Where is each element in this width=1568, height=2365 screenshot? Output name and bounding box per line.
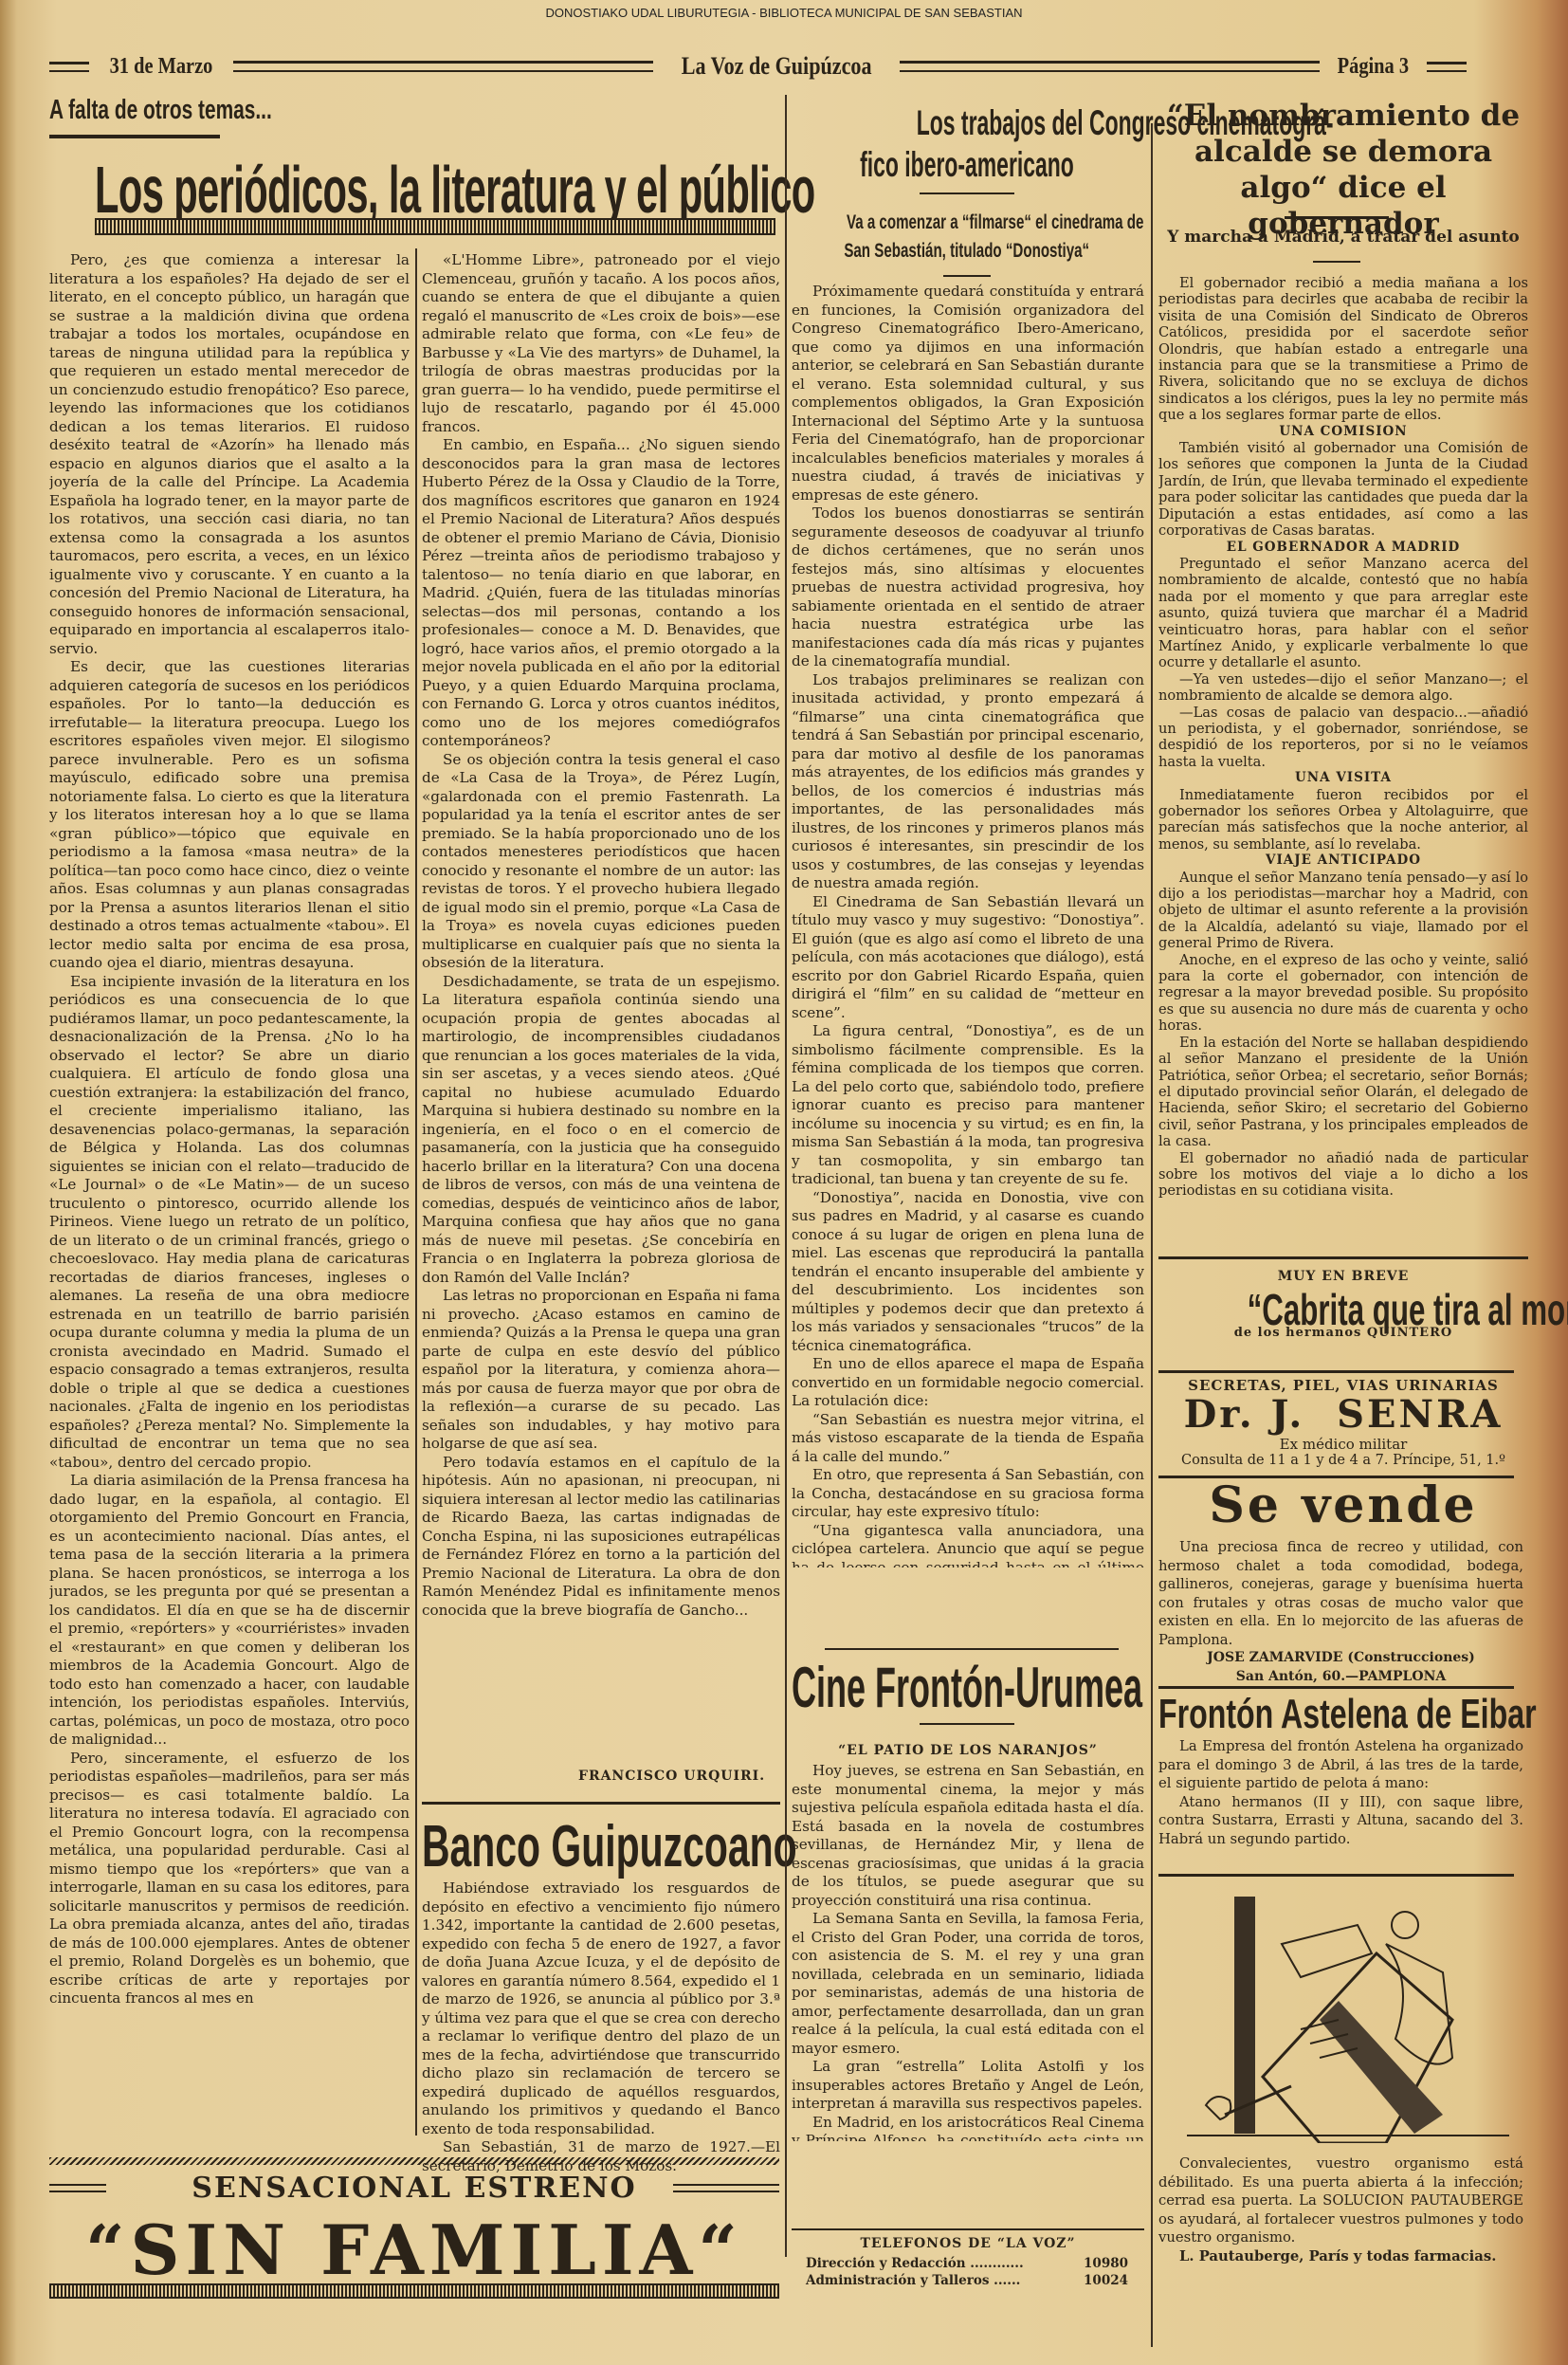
gobernador-body: El gobernador recibió a media mañana a l…: [1158, 275, 1528, 1242]
article-headline: Los periódicos, la literatura y el públi…: [95, 152, 815, 228]
article-kicker: A falta de otros temas...: [49, 95, 272, 126]
cine-fronton-body: Hoy jueves, se estrena en San Sebastián,…: [792, 1762, 1144, 2141]
sin-familia-title-wrap: “SIN FAMILIA“: [49, 2209, 779, 2290]
masthead-date: 31 de Marzo: [110, 54, 213, 80]
banco-notice-title-wrap: Banco Guipuzcoano: [422, 1813, 780, 1870]
section-divider: [792, 2228, 1144, 2230]
paragraph: Esa incipiente invasión de la literatura…: [49, 973, 410, 1473]
article-author: FRANCISCO URQUIRI.: [578, 1769, 765, 1784]
ornamental-rule: [825, 1648, 1119, 1650]
headline-rule: [920, 1723, 1014, 1725]
paragraph: La gran “estrella” Lolita Astolfi y los …: [792, 2058, 1144, 2114]
cine-article-body: Próximamente quedará constituída y entra…: [792, 283, 1144, 1567]
paragraph: Anoche, en el expreso de las ocho y vein…: [1158, 952, 1528, 1035]
paragraph: Convalecientes, vuestro organismo está d…: [1158, 2154, 1523, 2247]
section-heading: UNA COMISION: [1158, 424, 1528, 440]
ad-senra-name: Dr. J. SENRA: [1158, 1394, 1528, 1436]
paragraph: Habiéndose extraviado los resguardos de …: [422, 1879, 780, 2138]
sin-familia-top-wrap: SENSACIONAL ESTRENO: [49, 2172, 779, 2205]
decorative-rule: [673, 2184, 779, 2192]
ad-senra-line2: Consulta de 11 a 1 y de 4 a 7. Príncipe,…: [1158, 1453, 1528, 1468]
headline-rule: [943, 275, 991, 277]
gobernador-headline: “El nombramiento de alcalde se demora al…: [1158, 98, 1528, 242]
paragraph: En cambio, en España... ¿No siguen siend…: [422, 436, 780, 751]
banco-notice: Habiéndose extraviado los resguardos de …: [422, 1879, 780, 2175]
section-divider: [1158, 1874, 1514, 1877]
paragraph: Los trabajos preliminares se realizan co…: [792, 671, 1144, 893]
ad-pautauberge: Convalecientes, vuestro organismo está d…: [1158, 2154, 1523, 2265]
headline-rule: [1313, 261, 1360, 263]
ad-fronton-title: Frontón Astelena de Eibar: [1158, 1691, 1537, 1738]
section-divider: [1158, 1686, 1514, 1689]
section-heading: UNA VISITA: [1158, 770, 1528, 786]
headline-rule: [920, 192, 1014, 194]
masthead: 31 de Marzo La Voz de Guipúzcoa Página 3: [49, 53, 1467, 80]
paragraph: Desdichadamente, se trata de un espejism…: [422, 973, 780, 1288]
paragraph: —Las cosas de palacio van despacio...—añ…: [1158, 705, 1528, 771]
masthead-rule: [233, 61, 653, 72]
ad-se-vende: Se vende: [1158, 1476, 1528, 1536]
paragraph: En Madrid, en los aristocráticos Real Ci…: [792, 2114, 1144, 2142]
ad-se-vende-body: Una preciosa finca de recreo y utilidad,…: [1158, 1538, 1523, 1686]
paragraph: «L'Homme Libre», patroneado por el viejo…: [422, 251, 780, 436]
section-divider: [1158, 1370, 1514, 1373]
headline-line: fico ibero-americano: [860, 144, 1074, 186]
telefono-row: Dirección y Redacción ............ 10980: [806, 2255, 1128, 2272]
headline-rule: [95, 218, 775, 235]
ad-senra: SECRETAS, PIEL, VIAS URINARIAS Dr. J. SE…: [1158, 1377, 1528, 1468]
paragraph: Pero, sinceramente, el esfuerzo de los p…: [49, 1750, 410, 2008]
wavy-rule: [49, 2157, 779, 2165]
paragraph: Atano hermanos (II y III), con saque lib…: [1158, 1793, 1523, 1849]
banco-notice-title: Banco Guipuzcoano: [422, 1813, 797, 1880]
paragraph: Preguntado el señor Manzano acerca del n…: [1158, 556, 1528, 671]
paragraph: Aunque el señor Manzano tenía pensado—y …: [1158, 870, 1528, 952]
column-divider: [415, 248, 417, 2136]
paragraph: —Ya ven ustedes—dijo el señor Manzano—; …: [1158, 671, 1528, 705]
column-divider: [1151, 123, 1153, 2347]
paragraph: La figura central, “Donostiya”, es de un…: [792, 1022, 1144, 1189]
paragraph: El gobernador no añadió nada de particul…: [1158, 1150, 1528, 1200]
sin-familia-top: SENSACIONAL ESTRENO: [191, 2172, 636, 2205]
section-divider: [1158, 1256, 1528, 1259]
paragraph: Se os objeción contra la tesis general e…: [422, 751, 780, 973]
paragraph: El Cinedrama de San Sebastián llevará un…: [792, 893, 1144, 1023]
paragraph: “San Sebastián es nuestra mejor vitrina,…: [792, 1411, 1144, 1467]
telefono-number: 10980: [1084, 2255, 1128, 2272]
paragraph: “Una gigantesca valla anunciadora, una c…: [792, 1522, 1144, 1568]
masthead-page-number: Página 3: [1338, 54, 1409, 80]
ad-fronton-title-wrap: Frontón Astelena de Eibar: [1158, 1691, 1528, 1734]
telefonos-list: Dirección y Redacción ............ 10980…: [806, 2255, 1128, 2289]
newspaper-page: DONOSTIAKO UDAL LIBURUTEGIA - BIBLIOTECA…: [0, 0, 1568, 2365]
telefono-label: Dirección y Redacción ............: [806, 2255, 1024, 2272]
cine-article-headline: Los trabajos del Congreso cinematográ- f…: [789, 102, 1144, 186]
paragraph: “Donostiya”, nacida en Donostia, vive co…: [792, 1189, 1144, 1356]
subheadline-line: Va a comenzar a “filmarse“ el cinedrama …: [847, 209, 1143, 237]
section-divider: [422, 1802, 780, 1805]
sin-familia-title: “SIN FAMILIA“: [85, 2209, 743, 2290]
masthead-rule: [1427, 62, 1467, 72]
paragraph: Todos los buenos donostiarras se sentirá…: [792, 504, 1144, 671]
ad-pautauberge-signature: L. Pautauberge, París y todas farmacias.: [1158, 2247, 1523, 2266]
telefono-row: Administración y Talleros ...... 10024: [806, 2272, 1128, 2289]
masthead-rule: [49, 62, 89, 72]
section-heading: VIAJE ANTICIPADO: [1158, 852, 1528, 869]
paragraph: Pero, ¿es que comienza a interesar la li…: [49, 251, 410, 658]
ad-se-vende-contact: JOSE ZAMARVIDE (Construcciones): [1158, 1649, 1523, 1668]
ad-fronton-body: La Empresa del frontón Astelena ha organ…: [1158, 1737, 1523, 1848]
paragraph: Pero todavía estamos en el capítulo de l…: [422, 1454, 780, 1621]
cine-article-subheadline: Va a comenzar a “filmarse“ el cinedrama …: [789, 209, 1144, 266]
cine-fronton-title-wrap: Cine Frontón-Urumea: [792, 1655, 1144, 1714]
telefono-label: Administración y Talleros ......: [806, 2272, 1020, 2289]
paragraph: La Empresa del frontón Astelena ha organ…: [1158, 1737, 1523, 1793]
article-column-2: «L'Homme Libre», patroneado por el viejo…: [422, 251, 780, 1759]
library-banner: DONOSTIAKO UDAL LIBURUTEGIA - BIBLIOTECA…: [0, 6, 1568, 20]
pautauberge-illustration: [1168, 1887, 1528, 2143]
ad-se-vende-address: San Antón, 60.—PAMPLONA: [1158, 1668, 1523, 1687]
ad-cabrita-top: MUY EN BREVE: [1158, 1269, 1528, 1284]
paragraph: Una preciosa finca de recreo y utilidad,…: [1158, 1538, 1523, 1649]
paragraph: También visitó al gobernador una Comisió…: [1158, 440, 1528, 539]
paragraph: Inmediatamente fueron recibidos por el g…: [1158, 787, 1528, 853]
paragraph: Próximamente quedará constituída y entra…: [792, 283, 1144, 504]
kicker-underline: [49, 135, 220, 138]
ad-senra-line1: Ex médico militar: [1158, 1436, 1528, 1453]
paragraph: La diaria asimilación de la Prensa franc…: [49, 1472, 410, 1750]
cine-fronton-subtitle: “EL PATIO DE LOS NARANJOS”: [792, 1743, 1144, 1758]
telefono-number: 10024: [1084, 2272, 1128, 2289]
subheadline-line: San Sebastián, titulado “Donostiya“: [844, 237, 1089, 266]
column-divider: [785, 95, 787, 2257]
paragraph: La Semana Santa en Sevilla, la famosa Fe…: [792, 1910, 1144, 2058]
telefonos-title: TELEFONOS DE “LA VOZ”: [792, 2236, 1144, 2251]
paragraph: En la estación del Norte se hallaban des…: [1158, 1035, 1528, 1150]
paragraph: En uno de ellos aparece el mapa de Españ…: [792, 1355, 1144, 1411]
paragraph: Hoy jueves, se estrena en San Sebastián,…: [792, 1762, 1144, 1910]
gobernador-subheadline: Y marcha a Madrid, a tratar del asunto: [1158, 228, 1528, 247]
paragraph: Las letras no proporcionan en España ni …: [422, 1287, 780, 1454]
masthead-rule: [900, 61, 1320, 72]
paragraph: En otro, que representa á San Sebastián,…: [792, 1466, 1144, 1522]
headline-rule: [1285, 216, 1389, 219]
paragraph: El gobernador recibió a media mañana a l…: [1158, 275, 1528, 424]
ad-cabrita-title: “Cabrita que tira al monte“: [1248, 1284, 1568, 1335]
article-column-1: Pero, ¿es que comienza a interesar la li…: [49, 251, 410, 2115]
ad-se-vende-title: Se vende: [1158, 1476, 1528, 1536]
paragraph: Es decir, que las cuestiones literarias …: [49, 658, 410, 973]
section-heading: EL GOBERNADOR A MADRID: [1158, 540, 1528, 556]
ad-cabrita: MUY EN BREVE “Cabrita que tira al monte“…: [1158, 1269, 1528, 1340]
masthead-newspaper-title: La Voz de Guipúzcoa: [682, 52, 872, 81]
cine-fronton-title: Cine Frontón-Urumea: [792, 1655, 1142, 1720]
sin-familia-rule: [49, 2283, 779, 2299]
